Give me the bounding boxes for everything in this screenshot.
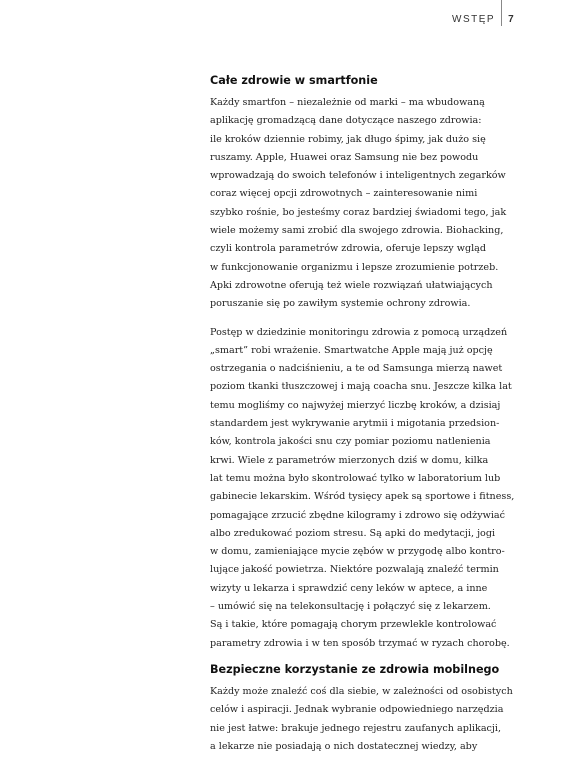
text-line: poruszanie się po zawiłym systemie ochro… [210,295,516,313]
running-header: WSTĘP 7 [452,8,514,30]
text-line: Każdy smartfon – niezależnie od marki – … [210,94,516,112]
text-line: parametry zdrowia i w ten sposób trzymać… [210,635,516,653]
section-title: WSTĘP [452,14,495,25]
text-line: Są i takie, które pomagają chorym przewl… [210,616,516,634]
paragraph: Postęp w dziedzinie monitoringu zdrowia … [210,324,516,653]
text-line: Postęp w dziedzinie monitoringu zdrowia … [210,324,516,342]
paragraph: Każdy smartfon – niezależnie od marki – … [210,94,516,314]
text-line: a lekarze nie posiadają o nich dostatecz… [210,738,516,756]
text-line: w domu, zamieniające mycie zębów w przyg… [210,543,516,561]
paragraph: Każdy może znaleźć coś dla siebie, w zal… [210,683,516,756]
text-line: ile kroków dziennie robimy, jak długo śp… [210,131,516,149]
text-line: krwi. Wiele z parametrów mierzonych dziś… [210,452,516,470]
text-line: w funkcjonowanie organizmu i lepsze zroz… [210,259,516,277]
text-line: celów i aspiracji. Jednak wybranie odpow… [210,701,516,719]
page-body: Całe zdrowie w smartfonie Każdy smartfon… [210,74,516,762]
text-line: lujące jakość powietrza. Niektóre pozwal… [210,561,516,579]
section-heading: Całe zdrowie w smartfonie [210,74,516,88]
text-line: gabinecie lekarskim. Wśród tysięcy apek … [210,488,516,506]
text-line: „smart” robi wrażenie. Smartwatche Apple… [210,342,516,360]
text-line: standardem jest wykrywanie arytmii i mig… [210,415,516,433]
text-line: wizyty u lekarza i sprawdzić ceny leków … [210,580,516,598]
header-divider [501,0,502,26]
text-line: coraz więcej opcji zdrowotnych – zainter… [210,185,516,203]
section-heading: Bezpieczne korzystanie ze zdrowia mobiln… [210,663,516,677]
text-line: wprowadzają do swoich telefonów i inteli… [210,167,516,185]
text-line: lat temu można było skontrolować tylko w… [210,470,516,488]
page-number: 7 [508,14,514,25]
text-line: poziom tkanki tłuszczowej i mają coacha … [210,378,516,396]
text-line: Każdy może znaleźć coś dla siebie, w zal… [210,683,516,701]
text-line: pomagające zrzucić zbędne kilogramy i zd… [210,507,516,525]
text-line: nie jest łatwe: brakuje jednego rejestru… [210,720,516,738]
text-line: ostrzegania o nadciśnieniu, a te od Sams… [210,360,516,378]
text-line: albo zredukować poziom stresu. Są apki d… [210,525,516,543]
text-line: – umówić się na telekonsultację i połącz… [210,598,516,616]
text-line: aplikację gromadzącą dane dotyczące nasz… [210,112,516,130]
text-line: ków, kontrola jakości snu czy pomiar poz… [210,433,516,451]
text-line: wiele możemy sami zrobić dla swojego zdr… [210,222,516,240]
text-line: ruszamy. Apple, Huawei oraz Samsung nie … [210,149,516,167]
text-line: szybko rośnie, bo jesteśmy coraz bardzie… [210,204,516,222]
text-line: temu mogliśmy co najwyżej mierzyć liczbę… [210,397,516,415]
text-line: czyli kontrola parametrów zdrowia, oferu… [210,240,516,258]
text-line: Apki zdrowotne oferują też wiele rozwiąz… [210,277,516,295]
